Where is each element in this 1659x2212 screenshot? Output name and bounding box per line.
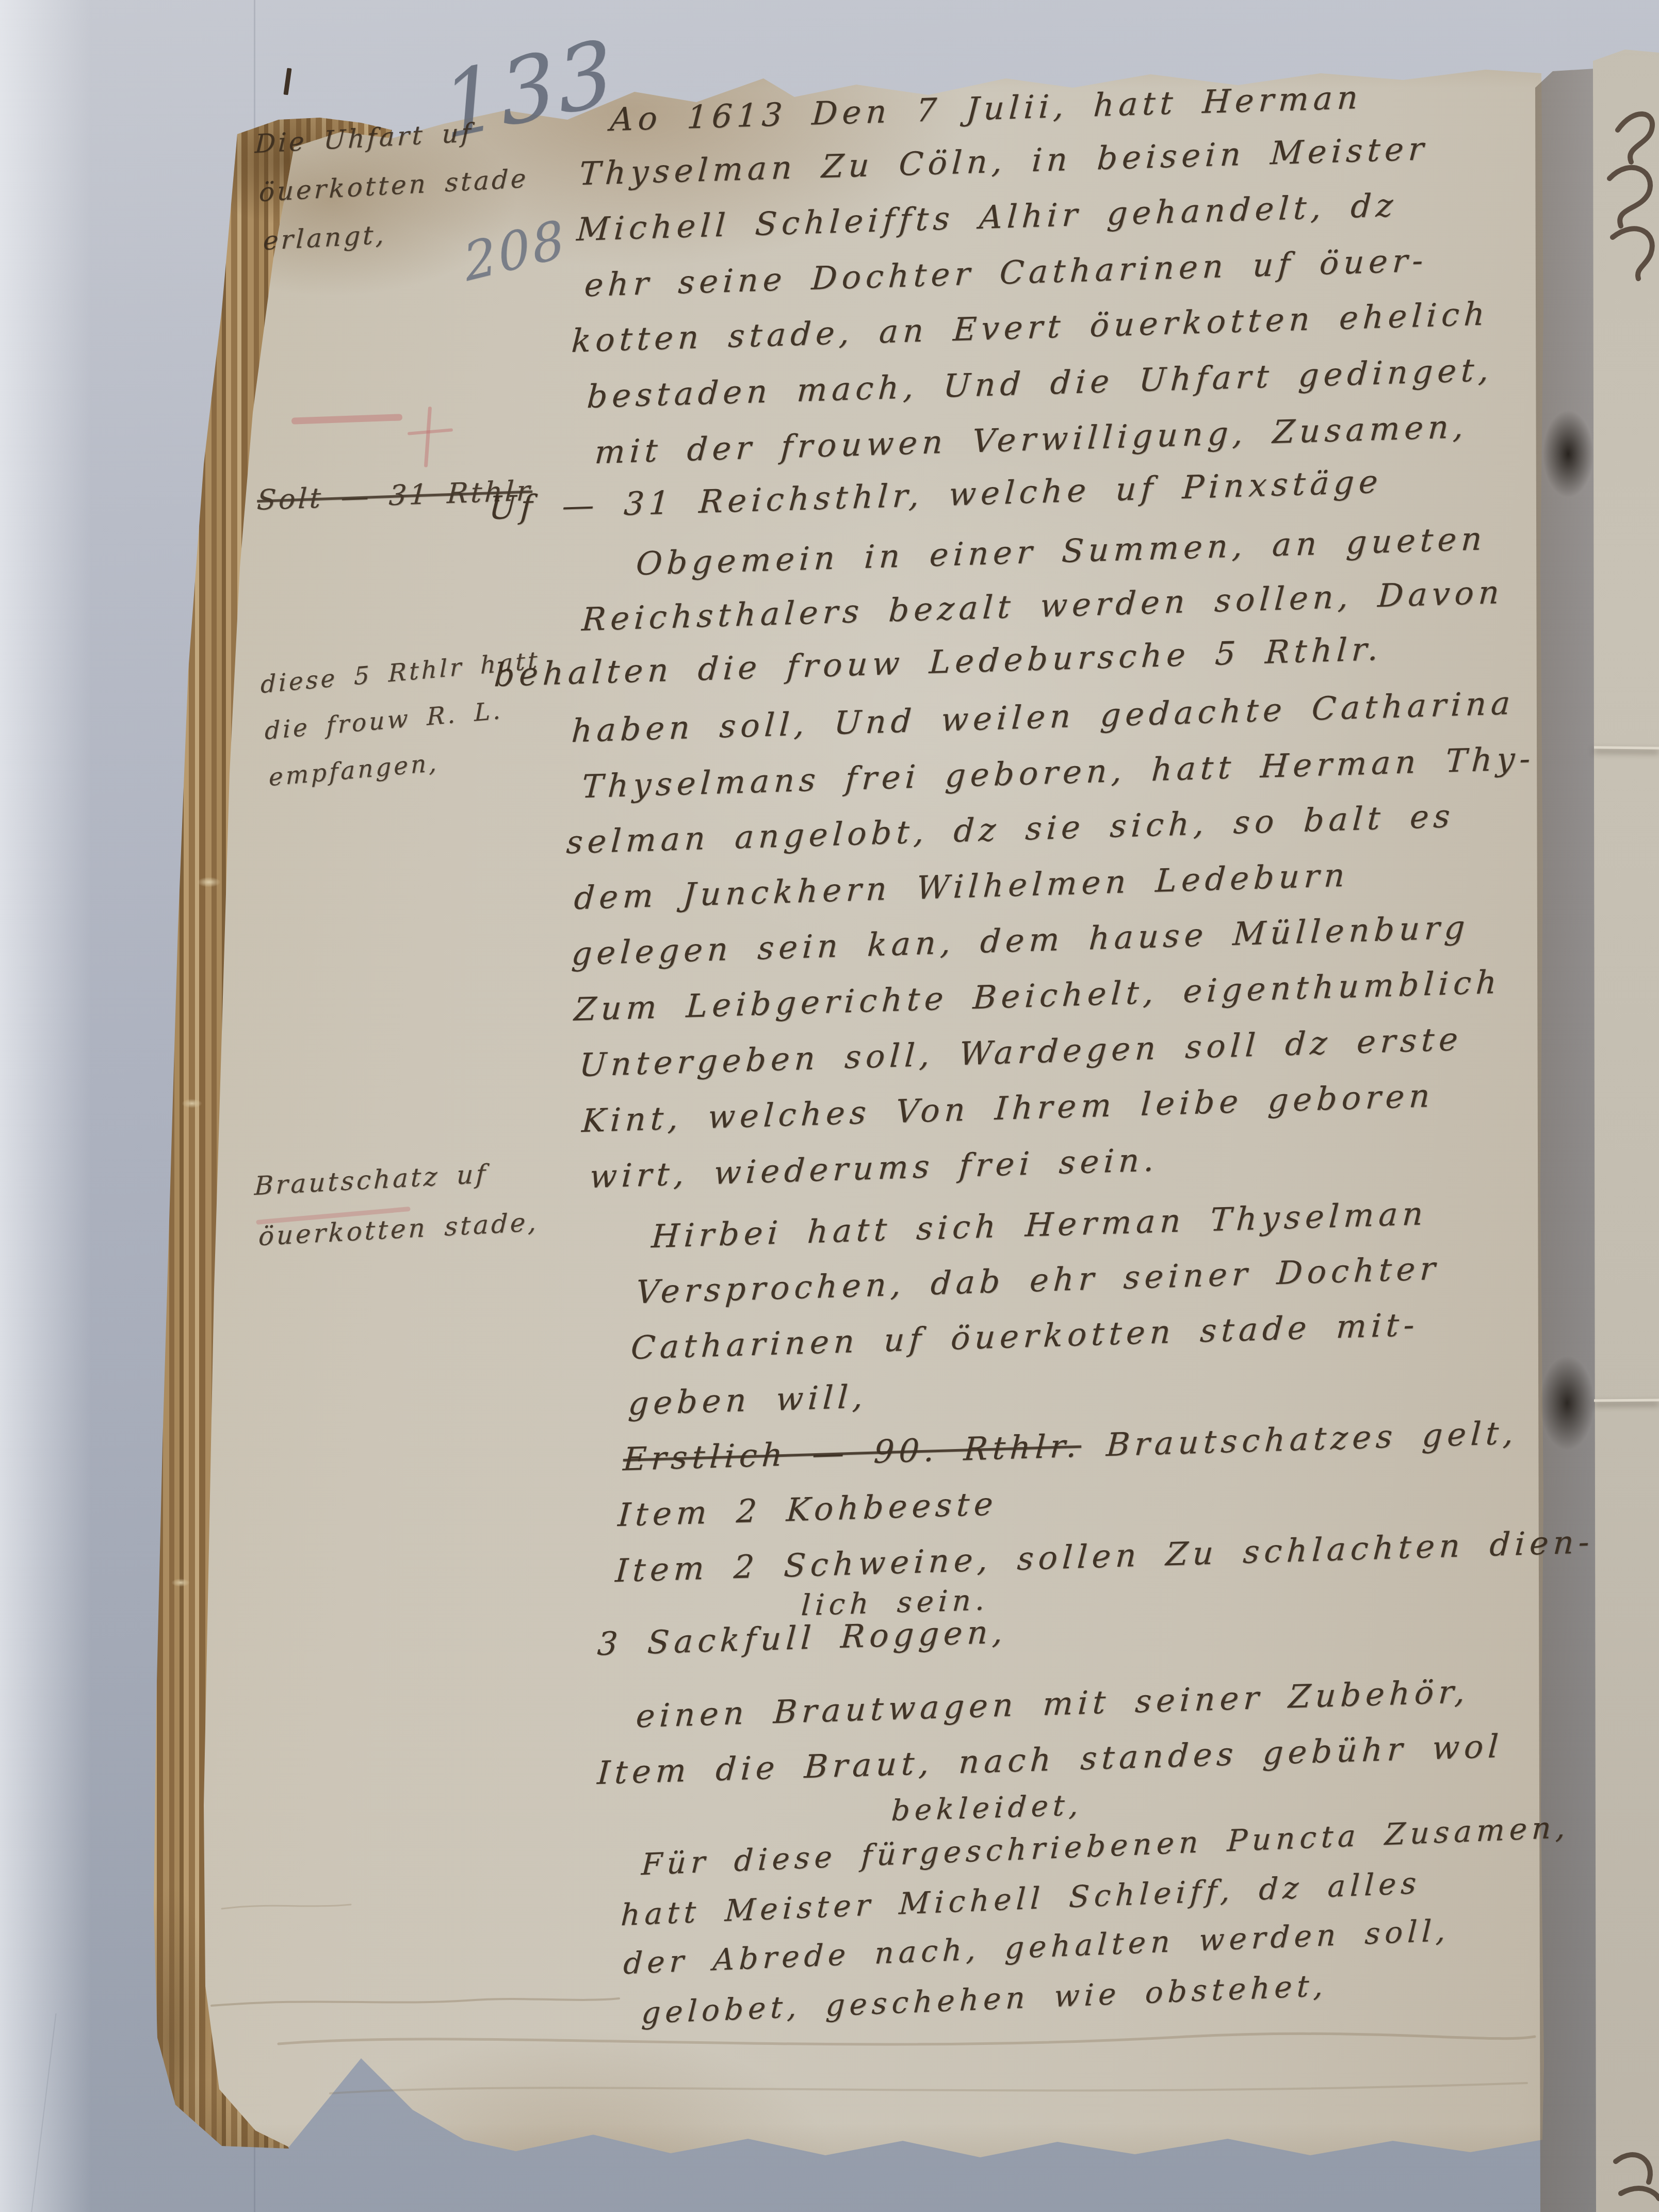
page-edge-chip <box>171 1579 190 1587</box>
page-edge-chip <box>182 1099 202 1108</box>
manuscript-line: geben will, <box>627 1377 869 1422</box>
page-edge-chip <box>197 877 221 887</box>
photograph-of-manuscript-page: { "document": { "kind": "handwritten man… <box>0 0 1659 2212</box>
manuscript-line: bekleidet, <box>890 1788 1084 1828</box>
